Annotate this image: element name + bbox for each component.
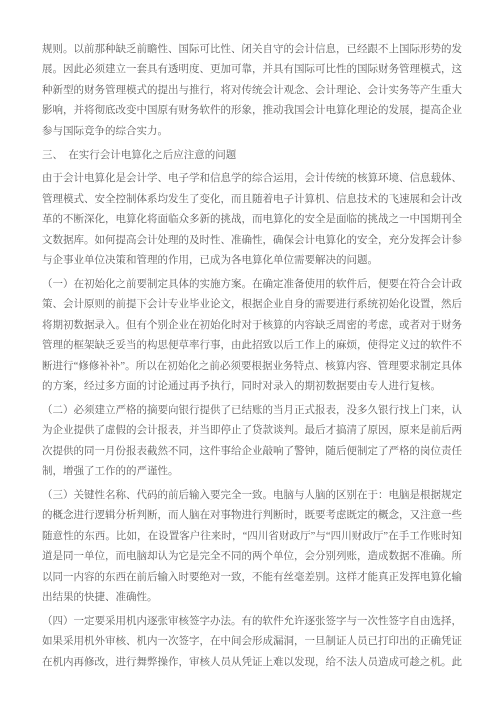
item-paragraph-1: （一）在初始化之前要制定具体的实施方案。在确定准备使用的软件后，便要在符合会计政… xyxy=(42,275,462,397)
item-paragraph-3: （三）关键性名称、代码的前后输入要完全一致。电脑与人脑的区别在于：电脑是根据规定… xyxy=(42,486,462,608)
item-paragraph-4: （四）一定要采用机内逐张审核签字办法。有的软件允许逐张签字与一次性签字自由选择，… xyxy=(42,612,462,673)
paragraph-continuation: 规则。以前那种缺乏前瞻性、国际可比性、闭关自守的会计信息，已经跟不上国际形势的发… xyxy=(42,40,462,142)
document-page: 规则。以前那种缺乏前瞻性、国际可比性、闭关自守的会计信息，已经跟不上国际形势的发… xyxy=(0,0,500,707)
section-intro-paragraph: 由于会计电算化是会计学、电子学和信息学的综合运用，会计传统的核算环境、信息载体、… xyxy=(42,169,462,271)
item-paragraph-2: （二）必须建立严格的摘要向银行提供了已结账的当月正式报表，没多久银行找上门来，认… xyxy=(42,401,462,483)
section-heading: 三、 在实行会计电算化之后应注意的问题 xyxy=(42,146,462,166)
